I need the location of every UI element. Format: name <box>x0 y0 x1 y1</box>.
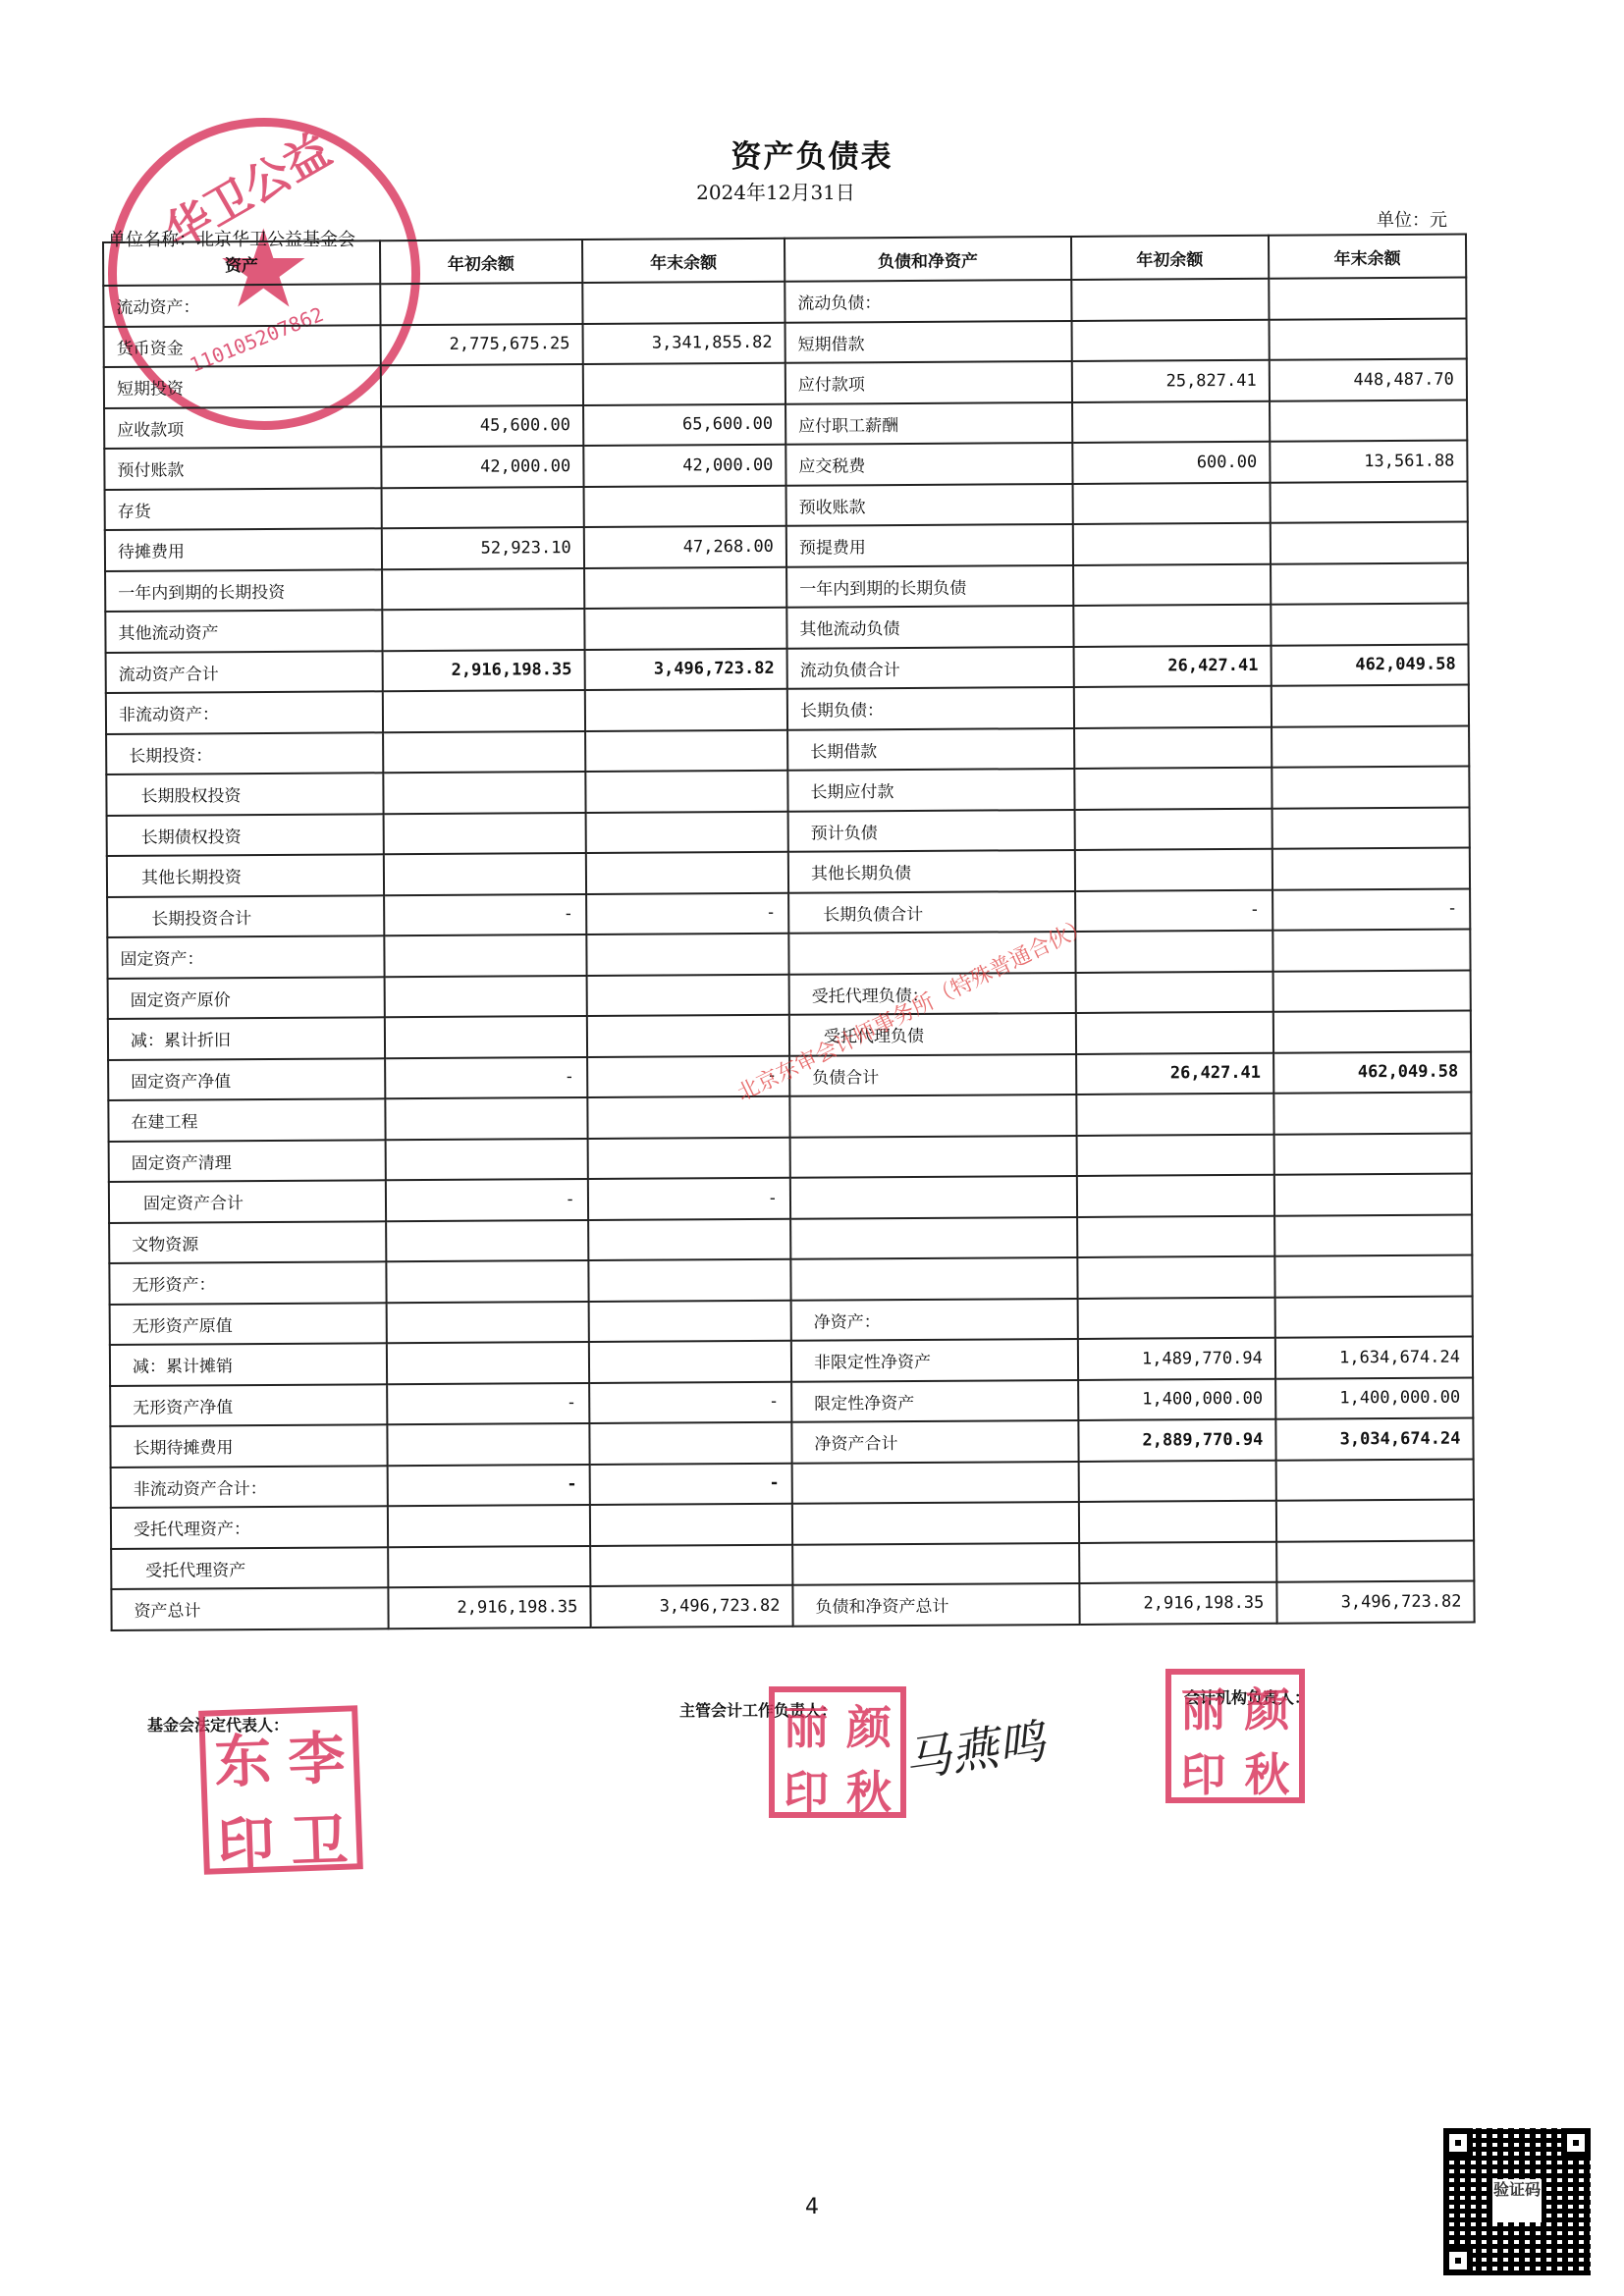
liability-label: 长期借款 <box>787 727 1074 770</box>
seal-char: 印 <box>775 1757 838 1822</box>
asset-label: 固定资产： <box>107 935 384 978</box>
liability-begin-value <box>1079 1501 1276 1543</box>
seal-char: 颜 <box>1235 1675 1299 1739</box>
asset-begin-value <box>382 568 584 611</box>
liability-end-value: 462,049.58 <box>1271 644 1468 686</box>
liability-begin-value <box>1072 482 1270 524</box>
asset-end-value <box>587 1137 789 1179</box>
asset-begin-value <box>384 934 586 977</box>
asset-begin-value <box>381 487 583 529</box>
asset-end-value <box>588 1259 790 1302</box>
asset-label: 待摊费用 <box>105 528 382 570</box>
seal-char: 颜 <box>838 1692 900 1757</box>
asset-label: 文物资源 <box>109 1221 386 1263</box>
liability-end-value <box>1272 685 1469 727</box>
liability-begin-value <box>1077 1297 1274 1339</box>
asset-label: 存货 <box>105 488 382 530</box>
liability-end-value <box>1273 1011 1471 1053</box>
liability-begin-value <box>1076 1094 1273 1136</box>
liability-begin-value <box>1071 319 1269 361</box>
liability-begin-value: 2,889,770.94 <box>1078 1419 1275 1462</box>
page-number: 4 <box>0 2195 1624 2219</box>
report-date: 2024年12月31日 <box>0 177 1551 205</box>
asset-label: 固定资产净值 <box>108 1058 385 1100</box>
asset-begin-value <box>383 772 585 814</box>
asset-label: 受托代理资产 <box>111 1547 388 1589</box>
qr-finder <box>1443 2246 1473 2275</box>
asset-end-value <box>583 485 785 527</box>
header-assets-begin: 年初余额 <box>380 240 582 284</box>
header-assets-end: 年末余额 <box>582 239 785 283</box>
asset-begin-value: 52,923.10 <box>381 527 583 569</box>
asset-end-value <box>590 1504 792 1546</box>
asset-label: 无形资产原值 <box>110 1303 387 1345</box>
asset-begin-value: 2,775,675.25 <box>380 324 582 366</box>
liability-end-value <box>1273 1092 1471 1134</box>
asset-label: 预付账款 <box>104 447 381 489</box>
asset-end-value: 65,600.00 <box>583 403 785 446</box>
liability-begin-value <box>1078 1460 1275 1502</box>
asset-begin-value <box>388 1545 590 1587</box>
asset-end-value <box>583 363 785 405</box>
asset-begin-value <box>384 976 586 1018</box>
asset-end-value <box>585 729 787 772</box>
liability-label: 应付职工薪酬 <box>785 401 1072 444</box>
asset-begin-value <box>380 364 582 406</box>
liability-begin-value <box>1074 849 1272 891</box>
liability-label: 应交税费 <box>785 443 1072 485</box>
asset-label: 减：累计摊销 <box>110 1343 387 1385</box>
asset-begin-value <box>383 731 585 774</box>
liability-label <box>790 1216 1077 1258</box>
asset-end-value <box>585 771 787 813</box>
seal-char: 李 <box>278 1711 354 1796</box>
liability-label: 预收账款 <box>786 483 1073 525</box>
asset-begin-value <box>382 690 584 732</box>
asset-label: 资产总计 <box>111 1587 388 1629</box>
liability-end-value: 3,496,723.82 <box>1276 1580 1474 1623</box>
liability-end-value <box>1276 1540 1474 1582</box>
asset-label: 固定资产原价 <box>108 977 385 1019</box>
asset-begin-value: - <box>387 1464 589 1506</box>
asset-begin-value: 2,916,198.35 <box>388 1586 590 1629</box>
liability-end-value <box>1272 848 1470 890</box>
asset-begin-value <box>383 853 585 895</box>
liability-begin-value: 2,916,198.35 <box>1079 1582 1276 1625</box>
asset-end-value: 3,496,723.82 <box>584 648 786 690</box>
liability-end-value: 1,634,674.24 <box>1275 1336 1473 1378</box>
asset-end-value <box>586 934 788 976</box>
asset-end-value: 47,268.00 <box>584 526 786 568</box>
asset-end-value <box>582 282 785 324</box>
asset-begin-value: 2,916,198.35 <box>382 650 584 692</box>
asset-end-value <box>586 852 788 894</box>
liability-end-value <box>1274 1173 1472 1215</box>
accounting-head-seal: 丽 颜 印 秋 <box>1165 1669 1305 1803</box>
liability-end-value <box>1272 725 1469 768</box>
asset-begin-value <box>387 1423 589 1466</box>
asset-label: 一年内到期的长期投资 <box>105 569 382 612</box>
asset-label: 受托代理资产： <box>111 1506 388 1548</box>
asset-label: 长期待摊费用 <box>110 1424 387 1467</box>
liability-label: 预提费用 <box>786 524 1073 566</box>
liability-end-value: 462,049.58 <box>1273 1051 1471 1094</box>
asset-begin-value: - <box>385 1056 587 1098</box>
liability-end-value <box>1271 604 1468 646</box>
liability-end-value: 1,400,000.00 <box>1275 1377 1473 1419</box>
asset-begin-value <box>385 1138 587 1180</box>
liability-end-value: - <box>1272 888 1470 931</box>
asset-end-value: - <box>589 1463 791 1505</box>
asset-end-value: - <box>588 1178 790 1220</box>
asset-end-value <box>585 689 787 731</box>
asset-label: 流动资产： <box>103 284 380 326</box>
liability-begin-value: 26,427.41 <box>1076 1052 1273 1095</box>
liability-begin-value <box>1077 1256 1274 1299</box>
handwritten-signature: 马燕鸣 <box>899 1703 1049 1789</box>
liability-begin-value <box>1074 726 1272 769</box>
liability-begin-value <box>1077 1215 1274 1257</box>
liability-end-value <box>1271 562 1468 605</box>
chief-accountant-seal: 丽 颜 印 秋 <box>769 1686 906 1818</box>
asset-end-value: 42,000.00 <box>583 445 785 487</box>
asset-end-value <box>586 974 788 1016</box>
liability-end-value: 448,487.70 <box>1270 359 1467 401</box>
asset-begin-value <box>387 1505 589 1547</box>
liability-begin-value: 600.00 <box>1072 442 1270 484</box>
liability-label: 其他长期负债 <box>788 850 1075 892</box>
asset-begin-value <box>380 283 582 325</box>
asset-end-value: - <box>586 892 788 934</box>
liability-begin-value: 26,427.41 <box>1073 645 1271 687</box>
liability-begin-value <box>1073 605 1271 647</box>
liability-begin-value <box>1073 686 1271 728</box>
liability-end-value <box>1270 400 1467 442</box>
qr-finder <box>1443 2128 1473 2158</box>
liability-label: 净资产合计 <box>791 1420 1078 1463</box>
asset-label: 其他长期投资 <box>107 854 384 896</box>
liability-label: 长期负债合计 <box>788 890 1075 933</box>
asset-end-value <box>588 1218 790 1260</box>
verification-qr-code[interactable]: 验证码 <box>1443 2128 1591 2275</box>
liability-begin-value: 25,827.41 <box>1071 360 1269 402</box>
liability-label <box>790 1135 1077 1177</box>
asset-begin-value: - <box>385 1179 587 1221</box>
header-liabilities-begin: 年初余额 <box>1071 236 1269 280</box>
balance-sheet-table: 资产 年初余额 年末余额 负债和净资产 年初余额 年末余额 流动资产：流动负债：… <box>102 234 1476 1631</box>
liability-label: 长期负债： <box>787 687 1074 729</box>
liability-label: 流动负债： <box>785 280 1071 322</box>
asset-label: 流动资产合计 <box>106 651 383 693</box>
liability-end-value: 3,034,674.24 <box>1275 1417 1473 1460</box>
liability-label <box>790 1257 1077 1300</box>
liability-begin-value <box>1072 400 1270 443</box>
liability-begin-value <box>1071 279 1269 321</box>
asset-label: 长期债权投资 <box>107 814 384 856</box>
seal-char: 丽 <box>775 1692 838 1757</box>
liability-label: 长期应付款 <box>787 769 1074 811</box>
asset-begin-value: - <box>387 1382 589 1424</box>
liability-end-value <box>1275 1459 1473 1501</box>
asset-begin-value: 42,000.00 <box>381 446 583 488</box>
liability-begin-value: - <box>1075 889 1272 932</box>
header-liabilities: 负债和净资产 <box>785 237 1071 282</box>
liability-begin-value <box>1076 1175 1273 1217</box>
liability-begin-value <box>1072 523 1270 565</box>
asset-label: 固定资产清理 <box>109 1140 386 1182</box>
liability-end-value <box>1274 1255 1472 1297</box>
liability-begin-value <box>1073 563 1271 606</box>
asset-end-value <box>587 1015 789 1057</box>
liability-end-value <box>1273 1133 1471 1175</box>
liability-label: 负债和净资产总计 <box>792 1583 1079 1626</box>
asset-end-value: - <box>589 1381 791 1423</box>
liability-begin-value <box>1075 931 1272 973</box>
asset-label: 短期投资 <box>104 365 381 407</box>
liability-label <box>792 1461 1079 1503</box>
liability-begin-value <box>1076 1134 1273 1176</box>
seal-char: 丽 <box>1171 1675 1235 1739</box>
asset-label: 非流动资产： <box>106 691 383 733</box>
liability-label: 流动负债合计 <box>787 646 1074 688</box>
seal-char: 东 <box>204 1714 281 1799</box>
liability-end-value <box>1269 278 1466 320</box>
asset-begin-value: - <box>384 894 586 936</box>
seal-char: 秋 <box>838 1757 900 1822</box>
liability-end-value <box>1276 1499 1474 1541</box>
asset-end-value <box>589 1422 791 1465</box>
liability-begin-value: 1,489,770.94 <box>1078 1338 1275 1380</box>
liability-label: 其他流动负债 <box>786 606 1073 648</box>
asset-label: 长期投资合计 <box>107 895 384 937</box>
asset-end-value <box>584 566 786 609</box>
liability-end-value <box>1272 930 1470 972</box>
asset-begin-value <box>386 1260 588 1303</box>
asset-end-value <box>584 608 786 650</box>
asset-end-value <box>588 1300 790 1342</box>
page-title: 资产负债表 <box>0 132 1624 176</box>
currency-unit: 单位：元 <box>1377 206 1447 232</box>
table-row: 资产总计2,916,198.353,496,723.82负债和净资产总计2,91… <box>111 1580 1474 1629</box>
seal-char: 秋 <box>1235 1739 1299 1804</box>
header-assets: 资产 <box>103 240 380 286</box>
header-liabilities-end: 年末余额 <box>1269 235 1466 279</box>
asset-label: 在建工程 <box>108 1098 385 1141</box>
liability-begin-value <box>1074 808 1272 850</box>
liability-label <box>792 1542 1079 1584</box>
liability-begin-value: 1,400,000.00 <box>1078 1378 1275 1420</box>
asset-label: 货币资金 <box>104 325 381 367</box>
liability-begin-value <box>1079 1541 1276 1583</box>
liability-label: 预计负债 <box>788 809 1075 851</box>
liability-label: 应付款项 <box>785 361 1072 403</box>
asset-label: 非流动资产合计： <box>111 1466 388 1508</box>
asset-end-value <box>589 1341 791 1383</box>
asset-label: 应收款项 <box>104 406 381 449</box>
liability-end-value <box>1269 318 1466 360</box>
asset-label: 无形资产净值 <box>110 1384 387 1426</box>
asset-begin-value <box>384 1016 586 1058</box>
asset-label: 长期股权投资 <box>106 773 383 815</box>
liability-end-value <box>1274 1296 1472 1338</box>
liability-label: 一年内到期的长期负债 <box>786 564 1073 607</box>
liability-label: 限定性净资产 <box>791 1379 1078 1421</box>
liability-label: 短期借款 <box>785 320 1071 362</box>
asset-begin-value <box>382 609 584 651</box>
asset-end-value: 3,341,855.82 <box>582 322 785 364</box>
asset-label: 减：累计折旧 <box>108 1017 385 1059</box>
qr-finder <box>1561 2128 1591 2158</box>
asset-begin-value <box>385 1097 587 1140</box>
liability-end-value <box>1274 1214 1472 1256</box>
asset-begin-value <box>386 1301 588 1343</box>
asset-begin-value: 45,600.00 <box>381 405 583 448</box>
liability-end-value <box>1272 970 1470 1012</box>
liability-end-value: 13,561.88 <box>1270 441 1467 483</box>
liability-label: 净资产： <box>791 1298 1078 1340</box>
liability-begin-value <box>1075 971 1272 1013</box>
asset-label: 无形资产： <box>109 1261 386 1304</box>
liability-end-value <box>1272 807 1469 849</box>
seal-char: 印 <box>207 1796 284 1882</box>
seal-char: 印 <box>1171 1739 1235 1804</box>
liability-end-value <box>1272 767 1469 809</box>
liability-end-value <box>1270 481 1467 523</box>
qr-verify-badge: 验证码 <box>1492 2179 1542 2222</box>
asset-end-value <box>585 811 787 853</box>
liability-begin-value <box>1074 768 1272 810</box>
asset-label: 长期投资： <box>106 732 383 774</box>
asset-end-value: 3,496,723.82 <box>590 1585 792 1628</box>
seal-char: 卫 <box>281 1793 357 1879</box>
liability-begin-value <box>1075 1012 1272 1054</box>
liability-end-value <box>1271 522 1468 564</box>
asset-end-value <box>590 1544 792 1586</box>
asset-begin-value <box>386 1219 588 1261</box>
liability-label <box>789 1095 1076 1137</box>
asset-begin-value <box>386 1342 588 1384</box>
asset-begin-value <box>383 813 585 855</box>
asset-end-value <box>587 1096 789 1139</box>
liability-label <box>790 1176 1077 1218</box>
liability-label <box>792 1502 1079 1544</box>
asset-label: 其他流动资产 <box>105 610 382 652</box>
legal-rep-seal: 东 李 印 卫 <box>198 1705 363 1875</box>
asset-label: 固定资产合计 <box>109 1180 386 1222</box>
liability-label: 非限定性净资产 <box>791 1339 1078 1381</box>
